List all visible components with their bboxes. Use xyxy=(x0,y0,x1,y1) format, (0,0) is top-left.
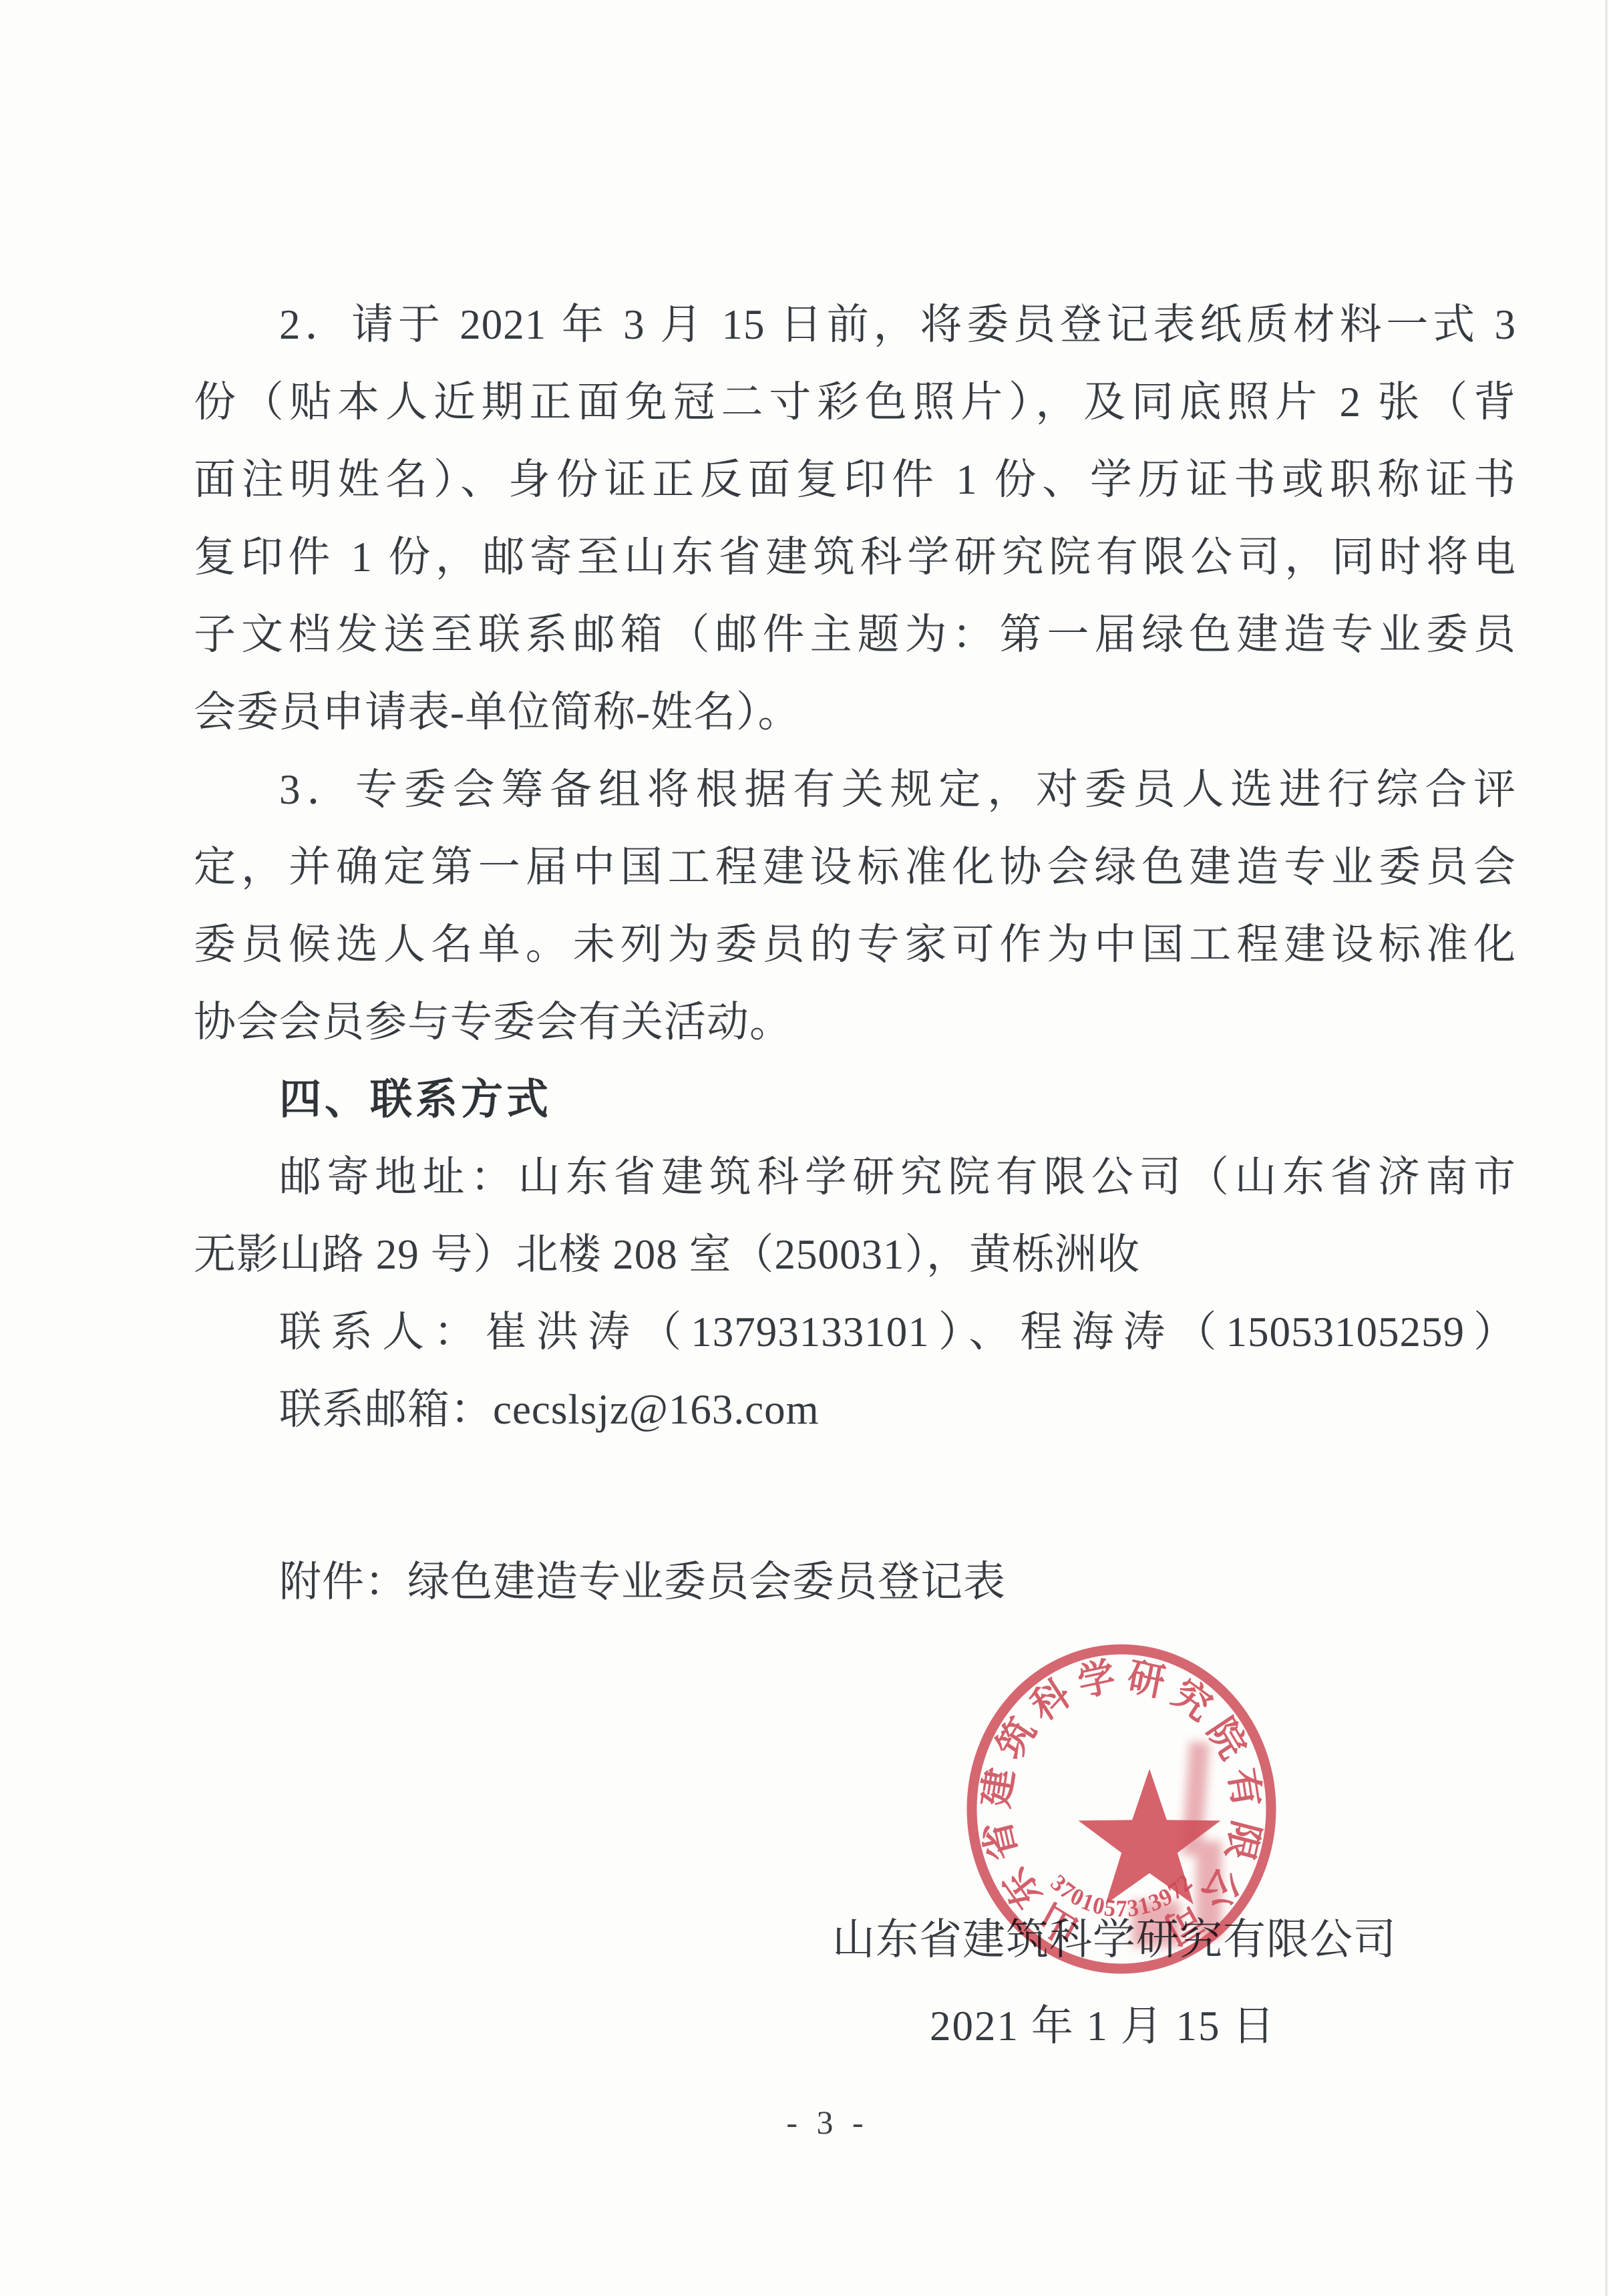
body-line: 委员候选人名单。未列为委员的专家可作为中国工程建设标准化 xyxy=(194,906,1516,983)
signature-date: 2021 年 1 月 15 日 xyxy=(930,1992,1276,2053)
body-line: 邮寄地址：山东省建筑科学研究院有限公司（山东省济南市 xyxy=(194,1138,1516,1216)
svg-text:限: 限 xyxy=(1218,1816,1266,1864)
scan-edge-artifact xyxy=(1605,0,1608,2296)
body-line: 无影山路 29 号）北楼 208 室（250031），黄栎洲收 xyxy=(194,1216,1516,1293)
attachment-line: 附件：绿色建造专业委员会委员登记表 xyxy=(194,1543,1516,1621)
document-page: 2．请于 2021 年 3 月 15 日前，将委员登记表纸质材料一式 3份（贴本… xyxy=(0,0,1609,2296)
body-line: 子文档发送至联系邮箱（邮件主题为：第一届绿色建造专业委员 xyxy=(194,596,1516,673)
body-line: 联系人：崔洪涛（13793133101）、程海涛（15053105259） xyxy=(194,1293,1516,1371)
body-line: 联系邮箱：cecslsjz@163.com xyxy=(194,1371,1516,1448)
svg-text:有: 有 xyxy=(1221,1765,1267,1810)
body-line: 份（贴本人近期正面免冠二寸彩色照片），及同底照片 2 张（背 xyxy=(194,363,1516,441)
body-line: 定，并确定第一届中国工程建设标准化协会绿色建造专业委员会 xyxy=(194,828,1516,906)
svg-text:省: 省 xyxy=(976,1816,1025,1864)
body-text: 2．请于 2021 年 3 月 15 日前，将委员登记表纸质材料一式 3份（贴本… xyxy=(194,286,1516,1621)
body-line: 3．专委会筹备组将根据有关规定，对委员人选进行综合评 xyxy=(194,751,1516,828)
body-line: 协会会员参与专委会有关活动。 xyxy=(194,983,1516,1061)
body-line: 2．请于 2021 年 3 月 15 日前，将委员登记表纸质材料一式 3 xyxy=(194,286,1516,363)
page-number: - 3 - xyxy=(737,2103,918,2142)
svg-text:5: 5 xyxy=(1103,1894,1117,1922)
section-heading: 四、联系方式 xyxy=(194,1061,1516,1138)
svg-text:学: 学 xyxy=(1075,1655,1119,1705)
official-seal: 山东省建筑科学研究院有限公司 3701057313972 xyxy=(964,1642,1279,1976)
body-line: 会委员申请表-单位简称-姓名）。 xyxy=(194,673,1516,751)
svg-text:研: 研 xyxy=(1124,1655,1168,1705)
svg-text:7: 7 xyxy=(1116,1895,1127,1922)
svg-text:建: 建 xyxy=(976,1765,1022,1810)
body-line: 复印件 1 份，邮寄至山东省建筑科学研究院有限公司，同时将电 xyxy=(194,518,1516,596)
body-line: 面注明姓名）、身份证正反面复印件 1 份、学历证书或职称证书 xyxy=(194,441,1516,518)
